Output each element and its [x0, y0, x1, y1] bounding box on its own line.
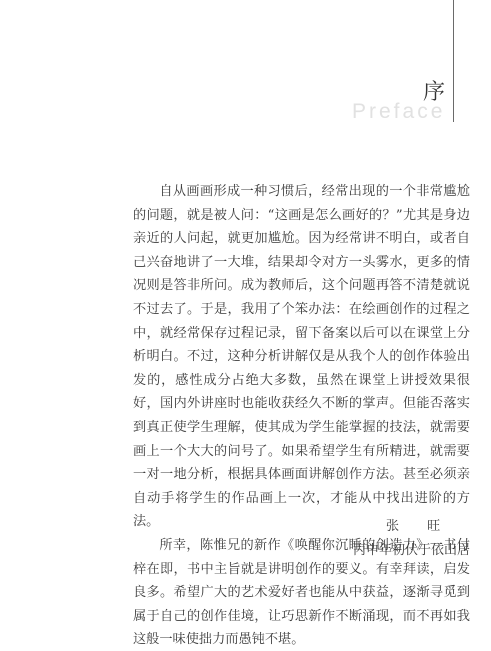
paragraph-1: 自从画画形成一种习惯后，经常出现的一个非常尴尬的问题，就是被人问：“这画是怎么画…	[133, 180, 470, 534]
preface-body: 自从画画形成一种习惯后，经常出现的一个非常尴尬的问题，就是被人问：“这画是怎么画…	[133, 180, 470, 651]
decorative-vertical-rule	[453, 0, 454, 122]
author-name: 张 旺	[386, 518, 452, 536]
signature-date-place: 丙申年初伏于依山居	[353, 542, 470, 560]
page-subtitle-english: Preface	[352, 100, 445, 124]
